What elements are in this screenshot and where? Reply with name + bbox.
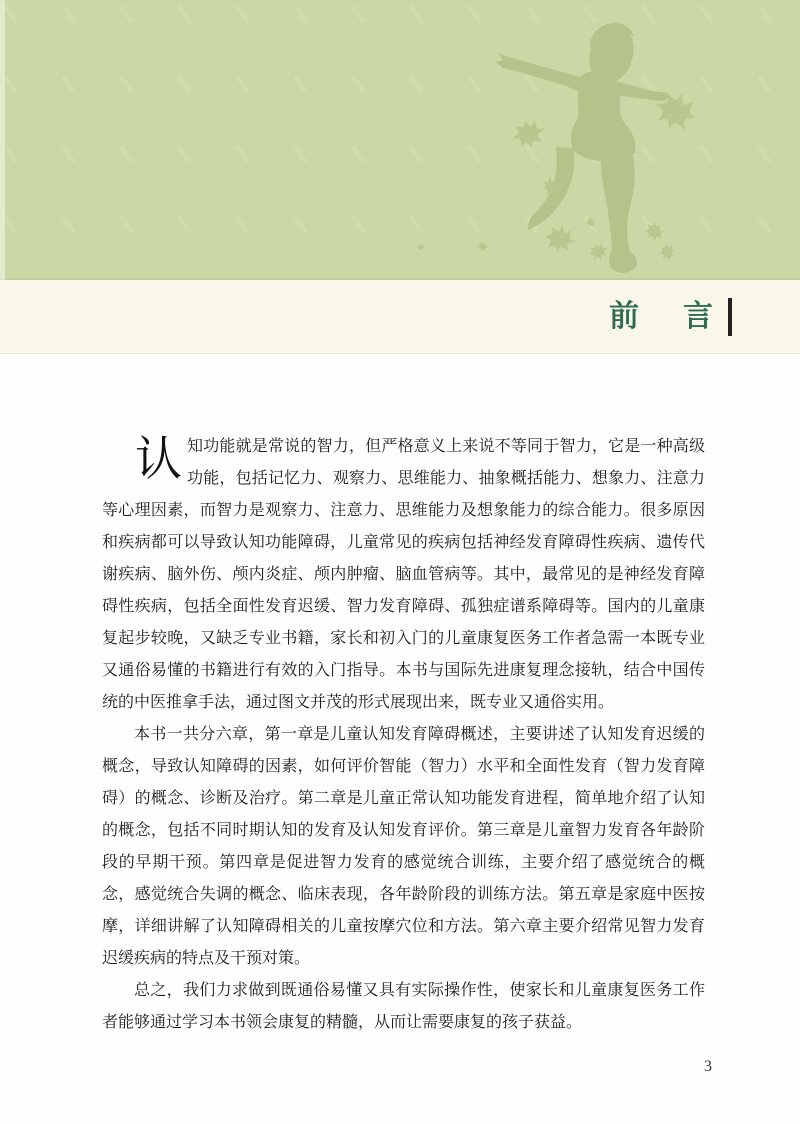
dropcap-character: 认	[102, 431, 187, 493]
page-title: 前 言	[609, 302, 720, 332]
preface-text: 认知功能就是常说的智力，但严格意义上来说不等同于智力，它是一种高级功能，包括记忆…	[102, 431, 705, 1039]
banner	[0, 0, 800, 280]
page-number: 3	[704, 1058, 712, 1076]
book-page: 前 言 认知功能就是常说的智力，但严格意义上来说不等同于智力，它是一种高级功能，…	[0, 0, 800, 1124]
paragraph-3: 总之，我们力求做到既通俗易懂又具有实际操作性，使家长和儿童康复医务工作者能够通过…	[102, 975, 705, 1039]
banner-illustration	[0, 0, 800, 278]
title-divider-bar	[728, 298, 732, 336]
paragraph-1: 认知功能就是常说的智力，但严格意义上来说不等同于智力，它是一种高级功能，包括记忆…	[102, 431, 705, 719]
page-left-edge	[0, 0, 5, 280]
title-strip: 前 言	[0, 280, 800, 354]
banner-texture	[0, 0, 800, 278]
paragraph-1-text: 知功能就是常说的智力，但严格意义上来说不等同于智力，它是一种高级功能，包括记忆力…	[102, 438, 705, 711]
paragraph-2: 本书一共分六章，第一章是儿童认知发育障碍概述，主要讲述了认知发育迟缓的概念，导致…	[102, 719, 705, 975]
